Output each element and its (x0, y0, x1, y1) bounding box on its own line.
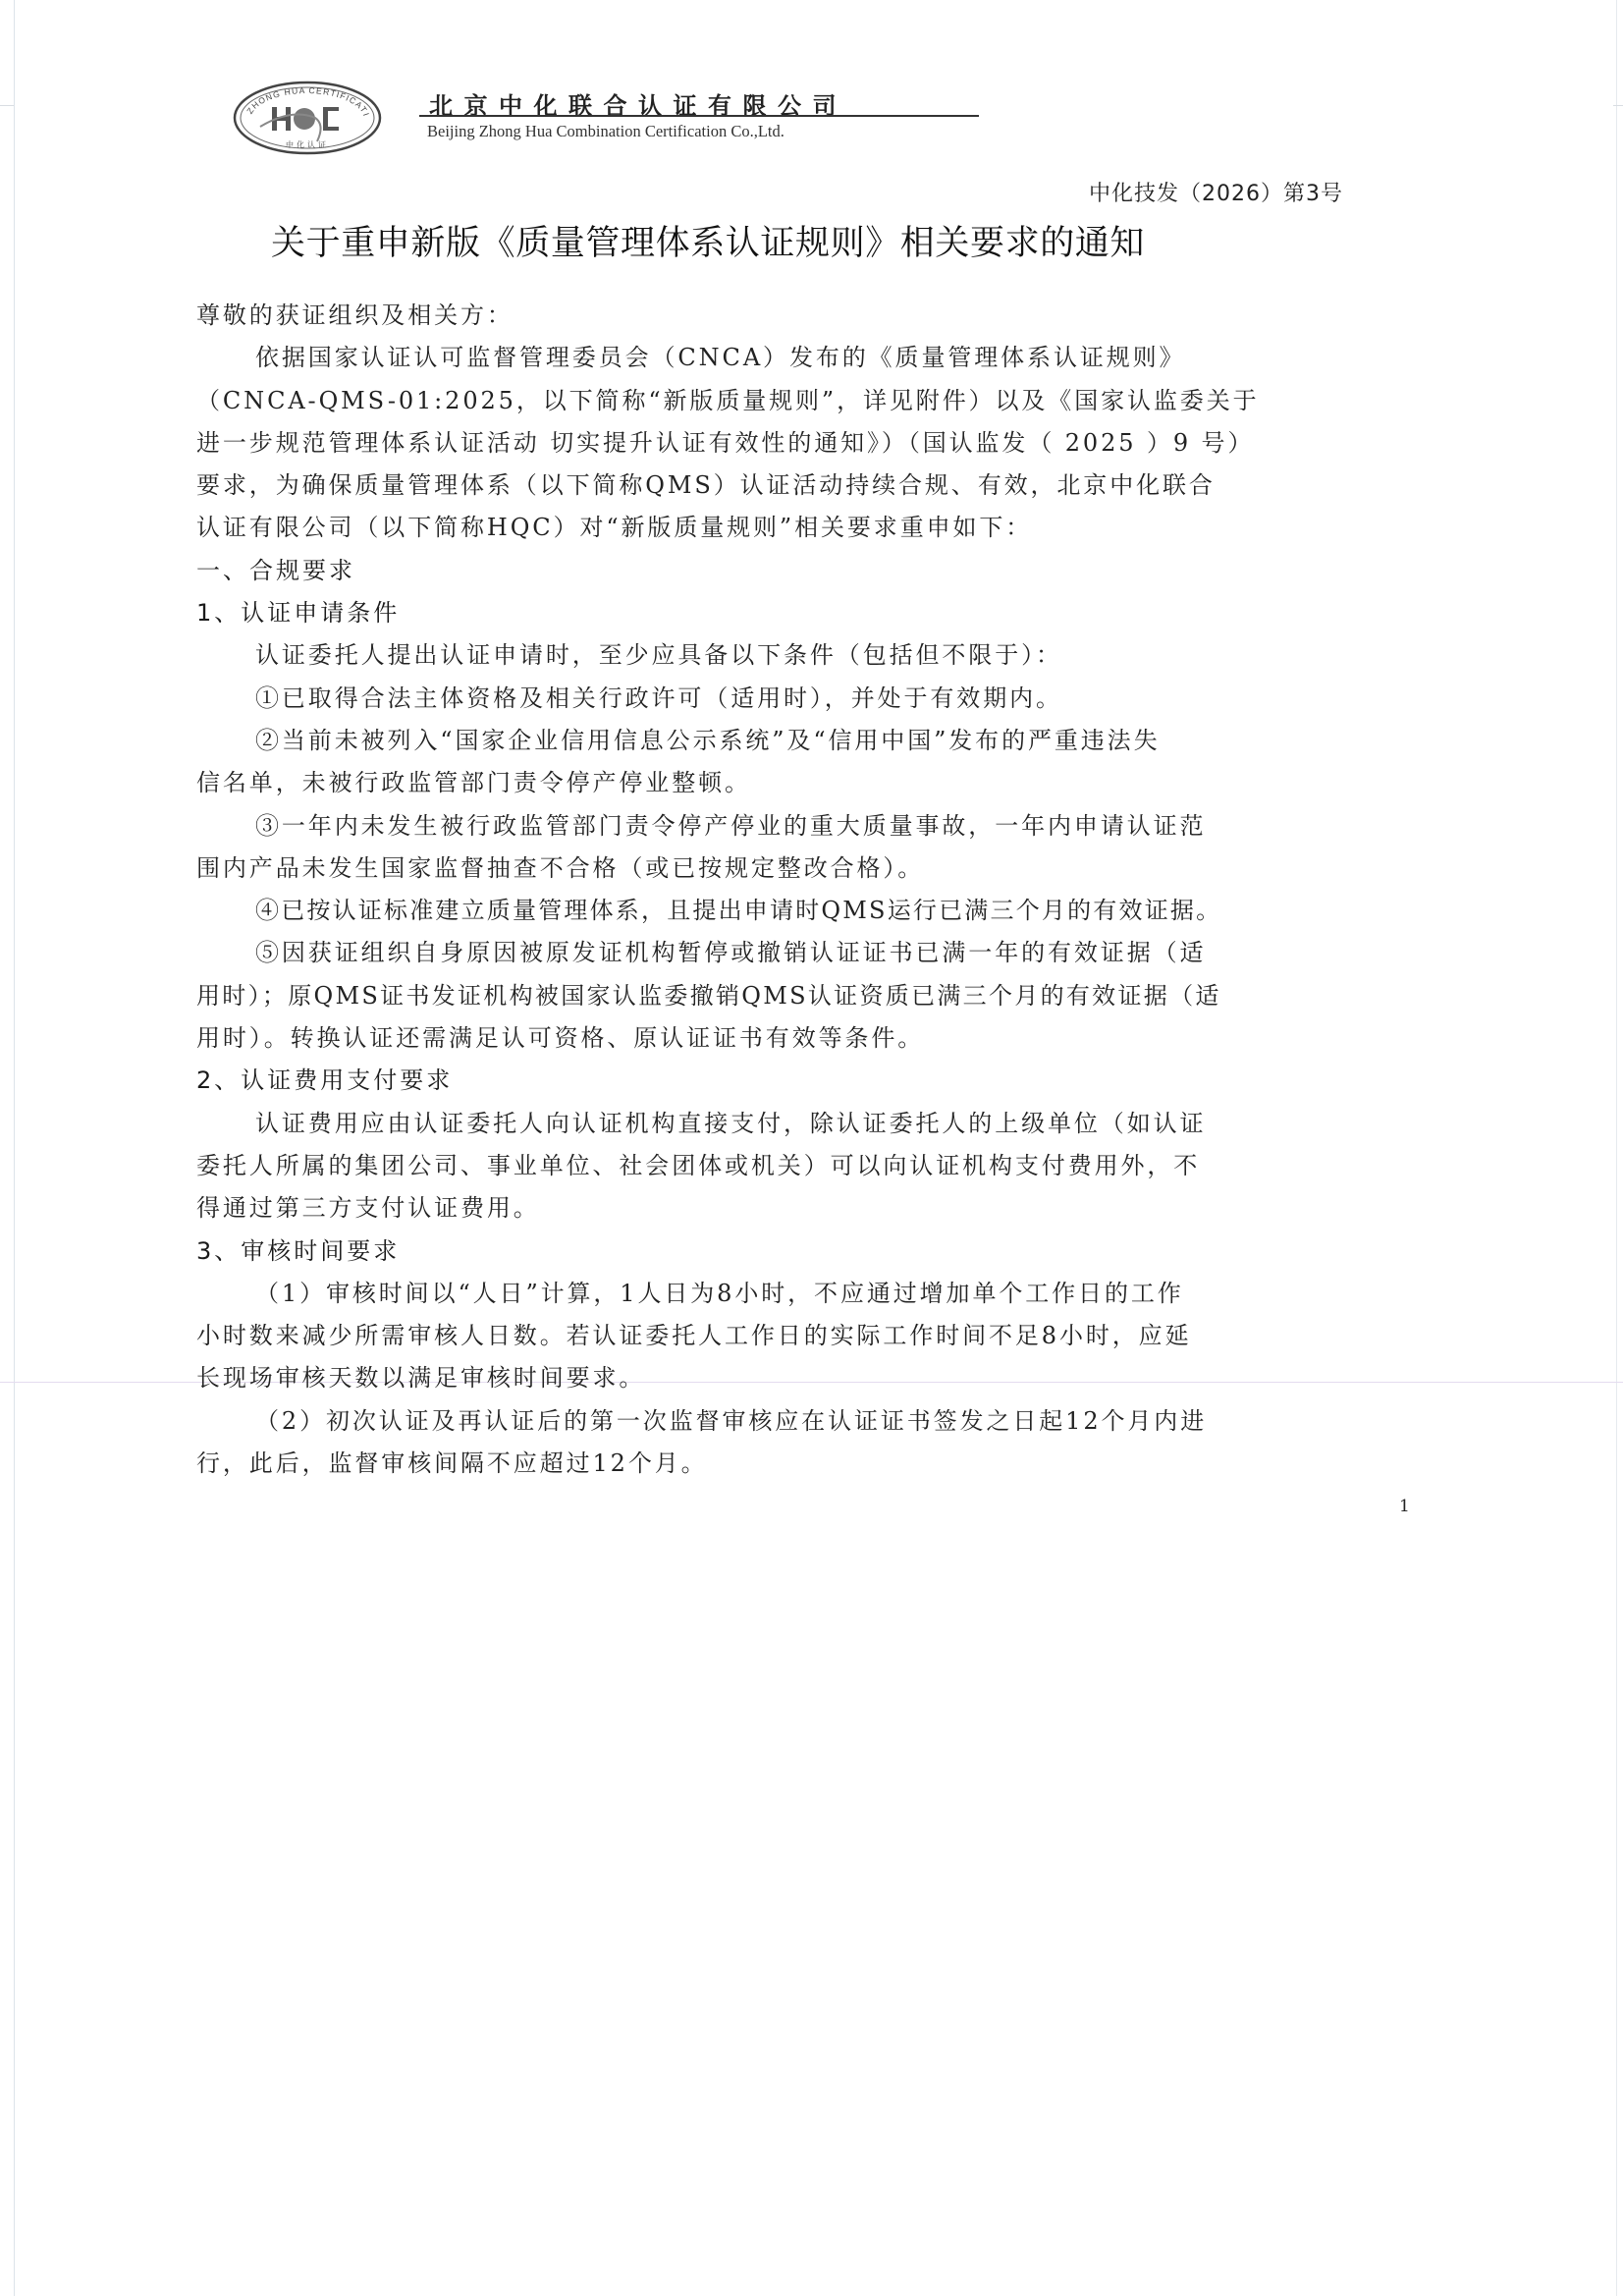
list-item: ②当前未被列入“国家企业信用信息公示系统”及“信用中国”发布的严重违法失 (196, 720, 1418, 762)
list-item-cont: 信名单，未被行政监管部门责令停产停业整顿。 (196, 762, 1418, 804)
scan-edge-right (1616, 0, 1617, 2296)
paragraph-line: 认证有限公司（以下简称HQC）对“新版质量规则”相关要求重申如下： (196, 507, 1418, 549)
company-logo-icon: ZHONG HUA CERTIFICATION 中化认证 (233, 81, 382, 155)
svg-text:中化认证: 中化认证 (286, 139, 329, 149)
greeting: 尊敬的获证组织及相关方： (196, 295, 1418, 337)
list-item: ④已按认证标准建立质量管理体系，且提出申请时QMS运行已满三个月的有效证据。 (196, 890, 1418, 932)
list-item-cont: 长现场审核天数以满足审核时间要求。 (196, 1357, 1418, 1399)
list-item: （2）初次认证及再认证后的第一次监督审核应在认证证书签发之日起12个月内进 (196, 1400, 1418, 1443)
paragraph-line: 要求，为确保质量管理体系（以下简称QMS）认证活动持续合规、有效，北京中化联合 (196, 465, 1418, 507)
scan-edge-left (14, 0, 15, 2296)
paragraph-line: （CNCA-QMS-01:2025，以下简称“新版质量规则”，详见附件）以及《国… (196, 380, 1418, 422)
company-name-en: Beijing Zhong Hua Combination Certificat… (427, 122, 784, 141)
section-heading: 一、合规要求 (196, 550, 1418, 592)
document-number: 中化技发（2026）第3号 (1089, 177, 1343, 207)
document-body: 尊敬的获证组织及相关方： 依据国家认证认可监督管理委员会（CNCA）发布的《质量… (196, 295, 1418, 1485)
paragraph-line: 委托人所属的集团公司、事业单位、社会团体或机关）可以向认证机构支付费用外，不 (196, 1145, 1418, 1187)
paragraph-line: 认证委托人提出认证申请时，至少应具备以下条件（包括但不限于）： (196, 634, 1418, 677)
header-rule (419, 115, 979, 117)
document-page: ZHONG HUA CERTIFICATION 中化认证 北京中化联合认证有限公… (0, 0, 1623, 2296)
scan-mark (1613, 105, 1623, 106)
list-item-cont: 围内产品未发生国家监督抽查不合格（或已按规定整改合格）。 (196, 847, 1418, 890)
list-item: （1）审核时间以“人日”计算，1人日为8小时，不应通过增加单个工作日的工作 (196, 1273, 1418, 1315)
page-number: 1 (1399, 1497, 1410, 1516)
list-item-cont: 用时）；原QMS证书发证机构被国家认监委撤销QMS认证资质已满三个月的有效证据（… (196, 975, 1418, 1017)
paragraph-line: 依据国家认证认可监督管理委员会（CNCA）发布的《质量管理体系认证规则》 (196, 337, 1418, 379)
subsection-heading: 1、认证申请条件 (196, 592, 1418, 634)
document-title: 关于重申新版《质量管理体系认证规则》相关要求的通知 (271, 216, 1355, 265)
list-item: ①已取得合法主体资格及相关行政许可（适用时），并处于有效期内。 (196, 678, 1418, 720)
subsection-heading: 3、审核时间要求 (196, 1230, 1418, 1273)
paragraph-line: 得通过第三方支付认证费用。 (196, 1187, 1418, 1230)
list-item: ③一年内未发生被行政监管部门责令停产停业的重大质量事故，一年内申请认证范 (196, 805, 1418, 847)
list-item-cont: 用时）。转换认证还需满足认可资格、原认证证书有效等条件。 (196, 1017, 1418, 1060)
scan-mark (0, 105, 14, 106)
subsection-heading: 2、认证费用支付要求 (196, 1060, 1418, 1102)
list-item-cont: 小时数来减少所需审核人日数。若认证委托人工作日的实际工作时间不足8小时，应延 (196, 1315, 1418, 1357)
paragraph-line: 进一步规范管理体系认证活动 切实提升认证有效性的通知》）（国认监发（ 2025 … (196, 422, 1418, 465)
list-item-cont: 行，此后，监督审核间隔不应超过12个月。 (196, 1443, 1418, 1485)
list-item: ⑤因获证组织自身原因被原发证机构暂停或撤销认证证书已满一年的有效证据（适 (196, 932, 1418, 974)
paragraph-line: 认证费用应由认证委托人向认证机构直接支付，除认证委托人的上级单位（如认证 (196, 1103, 1418, 1145)
